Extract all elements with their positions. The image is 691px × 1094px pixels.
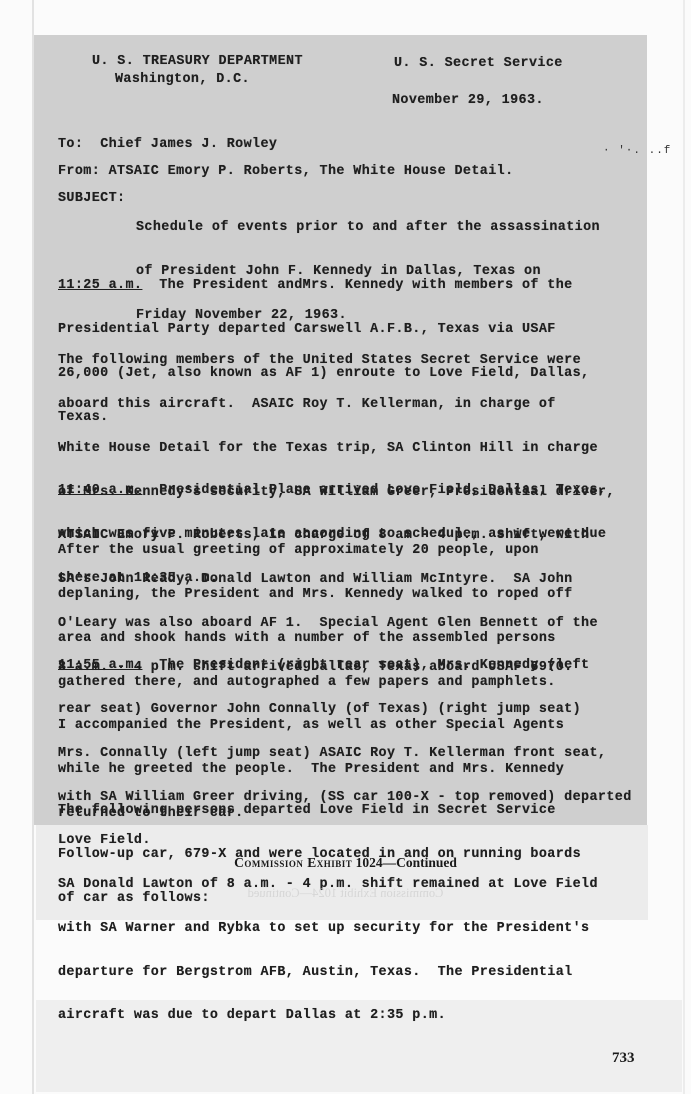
to-label: To: <box>58 137 83 152</box>
entry-time: 11:40 a.m. <box>58 483 142 498</box>
margin-marks: · '·. ..f <box>603 145 671 157</box>
entry-time: 11:55 a.m. <box>58 658 142 673</box>
page-number: 733 <box>612 1050 635 1067</box>
letterhead-agency: U. S. Secret Service <box>394 57 563 72</box>
to-line: To: Chief James J. Rowley <box>58 138 277 153</box>
letterhead-department: U. S. TREASURY DEPARTMENT <box>92 55 303 70</box>
subject-label: SUBJECT: <box>58 192 126 207</box>
exhibit-caption: Commission Exhibit 1024—Continued <box>0 855 691 871</box>
subject-line: Schedule of events prior to and after th… <box>136 221 600 236</box>
to-recipient: Chief James J. Rowley <box>100 137 277 152</box>
letterhead-city: Washington, D.C. <box>115 73 250 88</box>
page-edge-right <box>683 0 685 1094</box>
memo-date: November 29, 1963. <box>392 94 544 109</box>
bleed-through-caption: Commission Exhibit 1024—Continued <box>0 886 691 901</box>
from-sender: ATSAIC Emory P. Roberts, The White House… <box>109 164 514 179</box>
from-line: From: ATSAIC Emory P. Roberts, The White… <box>58 165 514 180</box>
entry-time: 11:25 a.m. <box>58 278 142 293</box>
from-label: From: <box>58 164 100 179</box>
